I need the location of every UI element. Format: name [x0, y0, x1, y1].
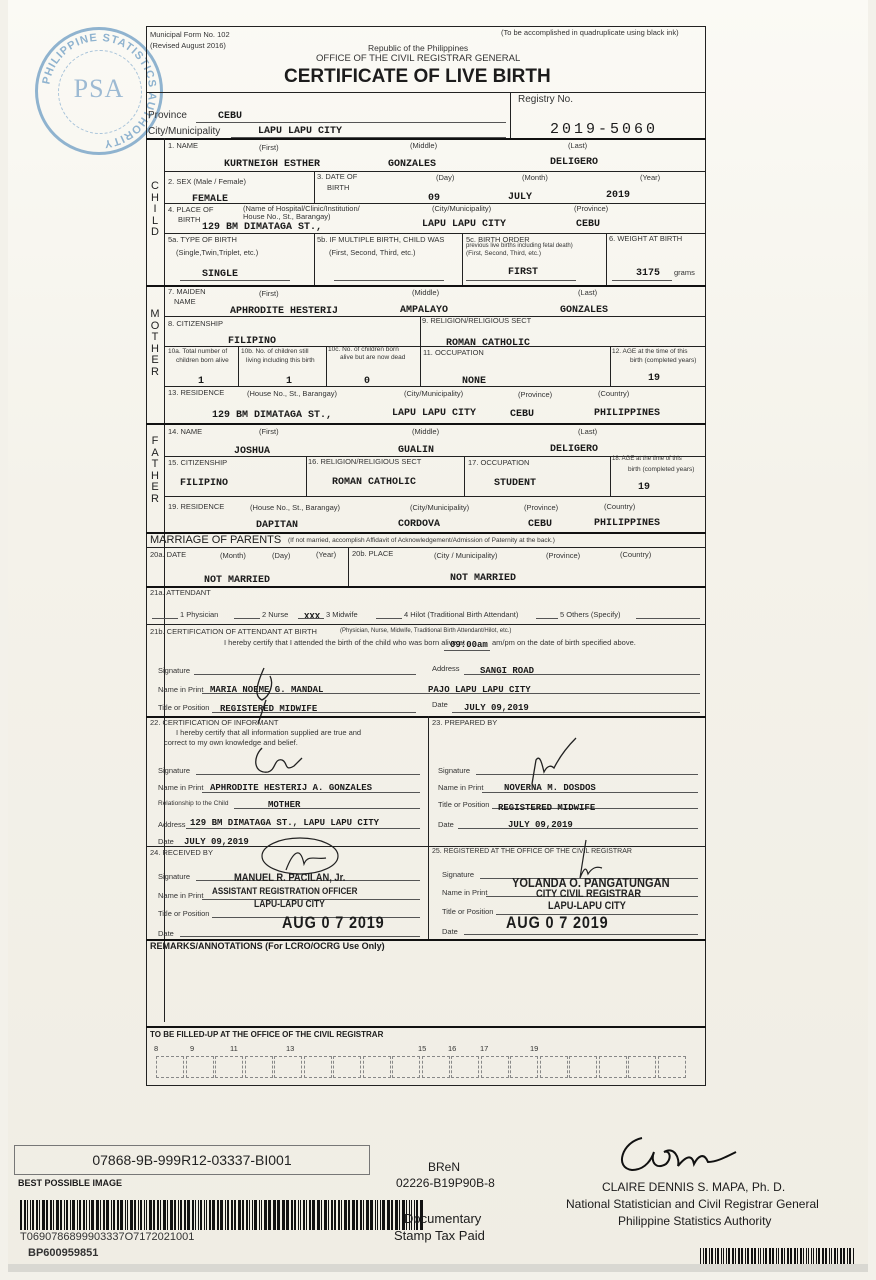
republic-label: Republic of the Philippines: [368, 43, 468, 53]
received-by-label: 24. RECEIVED BY: [150, 848, 213, 857]
father-residence-province: CEBU: [528, 519, 552, 530]
received-by-date: AUG 0 7 2019: [282, 913, 385, 933]
father-residence-city: CORDOVA: [398, 519, 440, 530]
office-code-box: [392, 1056, 420, 1078]
psa-seal: PHILIPPINE STATISTICS AUTHORITY PSA: [35, 27, 163, 155]
prepared-by-title: REGISTERED MIDWIFE: [498, 803, 595, 813]
informant-relationship: MOTHER: [268, 800, 300, 810]
child-birth-province: CEBU: [576, 219, 600, 230]
office-code-box: [422, 1056, 450, 1078]
child-middle-name: GONZALES: [388, 159, 436, 170]
informant-signature: [246, 746, 306, 778]
father-residence-address: DAPITAN: [256, 520, 298, 531]
marriage-place: NOT MARRIED: [450, 573, 516, 584]
bren-label: BReN: [428, 1160, 460, 1174]
prepared-by-date: JULY 09,2019: [508, 820, 573, 830]
father-citizenship: FILIPINO: [180, 478, 228, 489]
office-code-box: [451, 1056, 479, 1078]
office-code-box: [156, 1056, 184, 1078]
informant-address: 129 BM DIMATAGA ST., LAPU LAPU CITY: [190, 818, 379, 828]
received-by-name: MANUEL R. PACILAN, Jr.: [234, 872, 345, 884]
barcode-number: T0690786899903337O7172021001: [20, 1231, 194, 1243]
office-code-box: [333, 1056, 361, 1078]
received-by-title: ASSISTANT REGISTRATION OFFICER: [212, 886, 358, 897]
father-middle-name: GUALIN: [398, 445, 434, 456]
father-occupation: STUDENT: [494, 478, 536, 489]
remarks-area: [150, 954, 700, 1020]
office-code-box: [304, 1056, 332, 1078]
office-code-number: 19: [530, 1044, 538, 1053]
bp-number: BP600959851: [28, 1247, 98, 1259]
province-label: Province: [148, 110, 187, 121]
prepared-by-name: NOVERNA M. DOSDOS: [504, 783, 596, 793]
city-label: City/Municipality: [148, 126, 220, 137]
marriage-title: MARRIAGE OF PARENTS: [150, 534, 281, 546]
office-code-number: 16: [448, 1044, 456, 1053]
attendant-date: JULY 09,2019: [464, 703, 529, 713]
mother-section-label: MOTHER: [150, 309, 160, 378]
dst-label: Documentary: [404, 1211, 481, 1226]
child-birth-year: 2019: [606, 190, 630, 201]
attendant-option-hilot: 4 Hilot (Traditional Birth Attendant): [404, 610, 518, 619]
birth-certificate-form: Municipal Form No. 102 (Revised August 2…: [146, 26, 706, 1086]
father-last-name: DELIGERO: [550, 444, 598, 455]
registrar-general-signature: [612, 1128, 752, 1176]
mother-age: 19: [648, 373, 660, 384]
attendant-cert-label: 21b. CERTIFICATION OF ATTENDANT AT BIRTH: [150, 627, 317, 636]
office-code-box: [599, 1056, 627, 1078]
office-code-number: 11: [230, 1044, 238, 1053]
dst-label-2: Stamp Tax Paid: [394, 1228, 485, 1243]
best-possible-image-label: BEST POSSIBLE IMAGE: [18, 1178, 122, 1188]
attendant-address-2: PAJO LAPU LAPU CITY: [428, 685, 531, 695]
attendant-label: 21a. ATTENDANT: [150, 588, 211, 597]
attendant-option-others: 5 Others (Specify): [560, 610, 620, 619]
prepared-by-label: 23. PREPARED BY: [432, 718, 497, 727]
attendant-address: SANGI ROAD: [480, 666, 534, 676]
attendant-option-nurse: 2 Nurse: [262, 610, 288, 619]
city-value: LAPU LAPU CITY: [258, 126, 342, 137]
father-religion: ROMAN CATHOLIC: [332, 477, 416, 488]
office-code-box: [628, 1056, 656, 1078]
mother-last-name: GONZALES: [560, 305, 608, 316]
mother-middle-name: AMPALAYO: [400, 305, 448, 316]
office-code-number: 13: [286, 1044, 294, 1053]
mother-residence-city: LAPU LAPU CITY: [392, 408, 476, 419]
office-code-box: [186, 1056, 214, 1078]
signatory-org: Philippine Statistics Authority: [618, 1214, 771, 1228]
registry-number: 2019-5060: [550, 121, 658, 138]
registry-label: Registry No.: [518, 94, 573, 105]
marriage-date: NOT MARRIED: [204, 575, 270, 586]
child-last-name: DELIGERO: [550, 157, 598, 168]
marriage-note: (If not married, accomplish Affidavit of…: [288, 537, 555, 544]
office-code-box: [215, 1056, 243, 1078]
office-code-box: [510, 1056, 538, 1078]
form-revision: (Revised August 2016): [150, 41, 226, 50]
form-number: Municipal Form No. 102: [150, 30, 230, 39]
office-label: OFFICE OF THE CIVIL REGISTRAR GENERAL: [316, 53, 520, 64]
signatory-name: CLAIRE DENNIS S. MAPA, Ph. D.: [602, 1180, 785, 1194]
signatory-title: National Statistician and Civil Registra…: [566, 1197, 819, 1211]
attendant-option-physician: 1 Physician: [180, 610, 218, 619]
child-birth-type: SINGLE: [202, 269, 238, 280]
child-birth-city: LAPU LAPU CITY: [422, 219, 506, 230]
office-code-box: [569, 1056, 597, 1078]
child-birth-address: 129 BM DIMATAGA ST.,: [202, 222, 322, 233]
office-code-number: 9: [190, 1044, 194, 1053]
office-code-box: [540, 1056, 568, 1078]
registered-office: LAPU-LAPU CITY: [548, 900, 626, 912]
office-use-label: TO BE FILLED-UP AT THE OFFICE OF THE CIV…: [150, 1030, 383, 1039]
seal-initials: PSA: [38, 74, 160, 104]
father-residence-country: PHILIPPINES: [594, 518, 660, 529]
child-birth-order: FIRST: [508, 267, 538, 278]
child-birth-weight: 3175: [636, 268, 660, 279]
registered-title: CITY CIVIL REGISTRAR: [536, 888, 641, 900]
office-code-box: [481, 1056, 509, 1078]
form-instruction: (To be accomplished in quadruplicate usi…: [501, 28, 679, 37]
office-code-box: [658, 1056, 686, 1078]
informant-name: APHRODITE HESTERIJ A. GONZALES: [210, 783, 372, 793]
attendant-option-midwife: 3 Midwife: [326, 610, 358, 619]
registered-date: AUG 0 7 2019: [506, 913, 609, 933]
father-age: 19: [638, 482, 650, 493]
province-value: CEBU: [218, 111, 242, 122]
document-barcode: [20, 1200, 424, 1230]
mother-residence-address: 129 BM DIMATAGA ST.,: [212, 410, 332, 421]
bren-number: 02226-B19P90B-8: [396, 1176, 495, 1190]
office-code-number: 15: [418, 1044, 426, 1053]
child-section-label: CHILD: [150, 181, 160, 239]
received-by-office: LAPU-LAPU CITY: [254, 899, 325, 910]
child-birth-month: JULY: [508, 192, 532, 203]
office-code-number: 8: [154, 1044, 158, 1053]
prepared-by-signature: [526, 736, 586, 786]
office-code-box: [274, 1056, 302, 1078]
attendant-selected-mark: XXX: [304, 612, 320, 622]
father-section-label: FATHER: [150, 436, 160, 505]
child-first-name: KURTNEIGH ESTHER: [224, 159, 320, 170]
mother-residence-province: CEBU: [510, 409, 534, 420]
office-code-box: [245, 1056, 273, 1078]
informant-label: 22. CERTIFICATION OF INFORMANT: [150, 718, 278, 727]
certificate-title: CERTIFICATE OF LIVE BIRTH: [284, 66, 551, 88]
mother-residence-country: PHILIPPINES: [594, 408, 660, 419]
office-code-box: [363, 1056, 391, 1078]
remarks-label: REMARKS/ANNOTATIONS (For LCRO/OCRG Use O…: [150, 941, 385, 951]
paper-edge: [8, 1264, 868, 1272]
control-number: 07868-9B-999R12-03337-BI001: [14, 1145, 370, 1175]
security-barcode: [700, 1248, 855, 1264]
office-code-number: 17: [480, 1044, 488, 1053]
birth-time: 09:00am: [450, 640, 488, 650]
